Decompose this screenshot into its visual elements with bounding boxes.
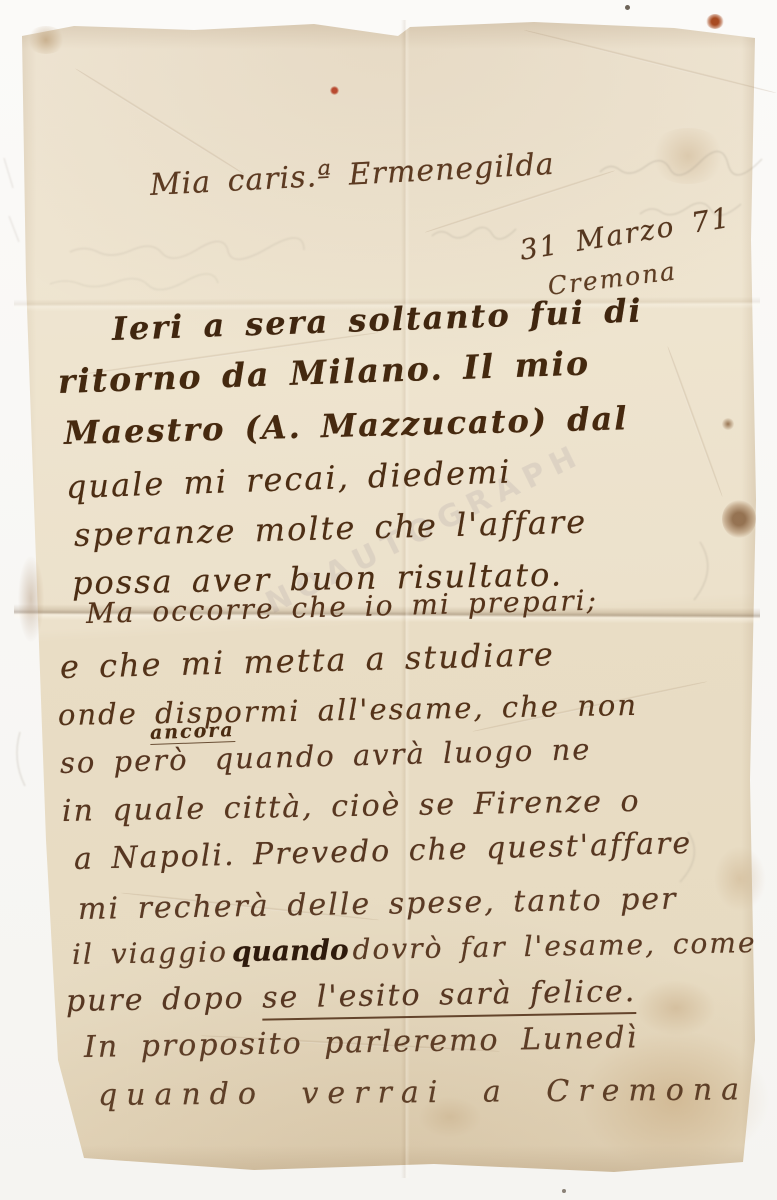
underlined-phrase: se l'esito sarà felice. <box>262 974 637 1021</box>
ink-spot <box>722 418 734 430</box>
letter-line-segment: dovrò far l'esame, come <box>352 926 756 966</box>
letter-line-segment: pure dopo <box>66 981 245 1019</box>
letter-line-segment: il viaggio <box>72 935 228 971</box>
overwritten-word: quando <box>232 933 349 968</box>
letter-photo: NOAUTOGRAPH Mia caris.ª Ermenegilda 31 M… <box>0 0 777 1200</box>
letter-line: quando verrai a Cremona <box>98 1072 748 1113</box>
corner-stain <box>26 26 66 54</box>
ink-spot <box>722 500 756 538</box>
bottom-stain <box>636 980 716 1036</box>
background-speck <box>625 5 630 10</box>
background-speck <box>562 1189 566 1193</box>
red-speck <box>330 86 339 95</box>
paper-stain <box>648 128 728 184</box>
edge-stain <box>714 846 766 912</box>
insertion-gap <box>189 769 215 770</box>
rust-stain <box>706 14 724 29</box>
edge-stain <box>18 556 44 642</box>
letter-line-segment: so però <box>60 743 189 780</box>
